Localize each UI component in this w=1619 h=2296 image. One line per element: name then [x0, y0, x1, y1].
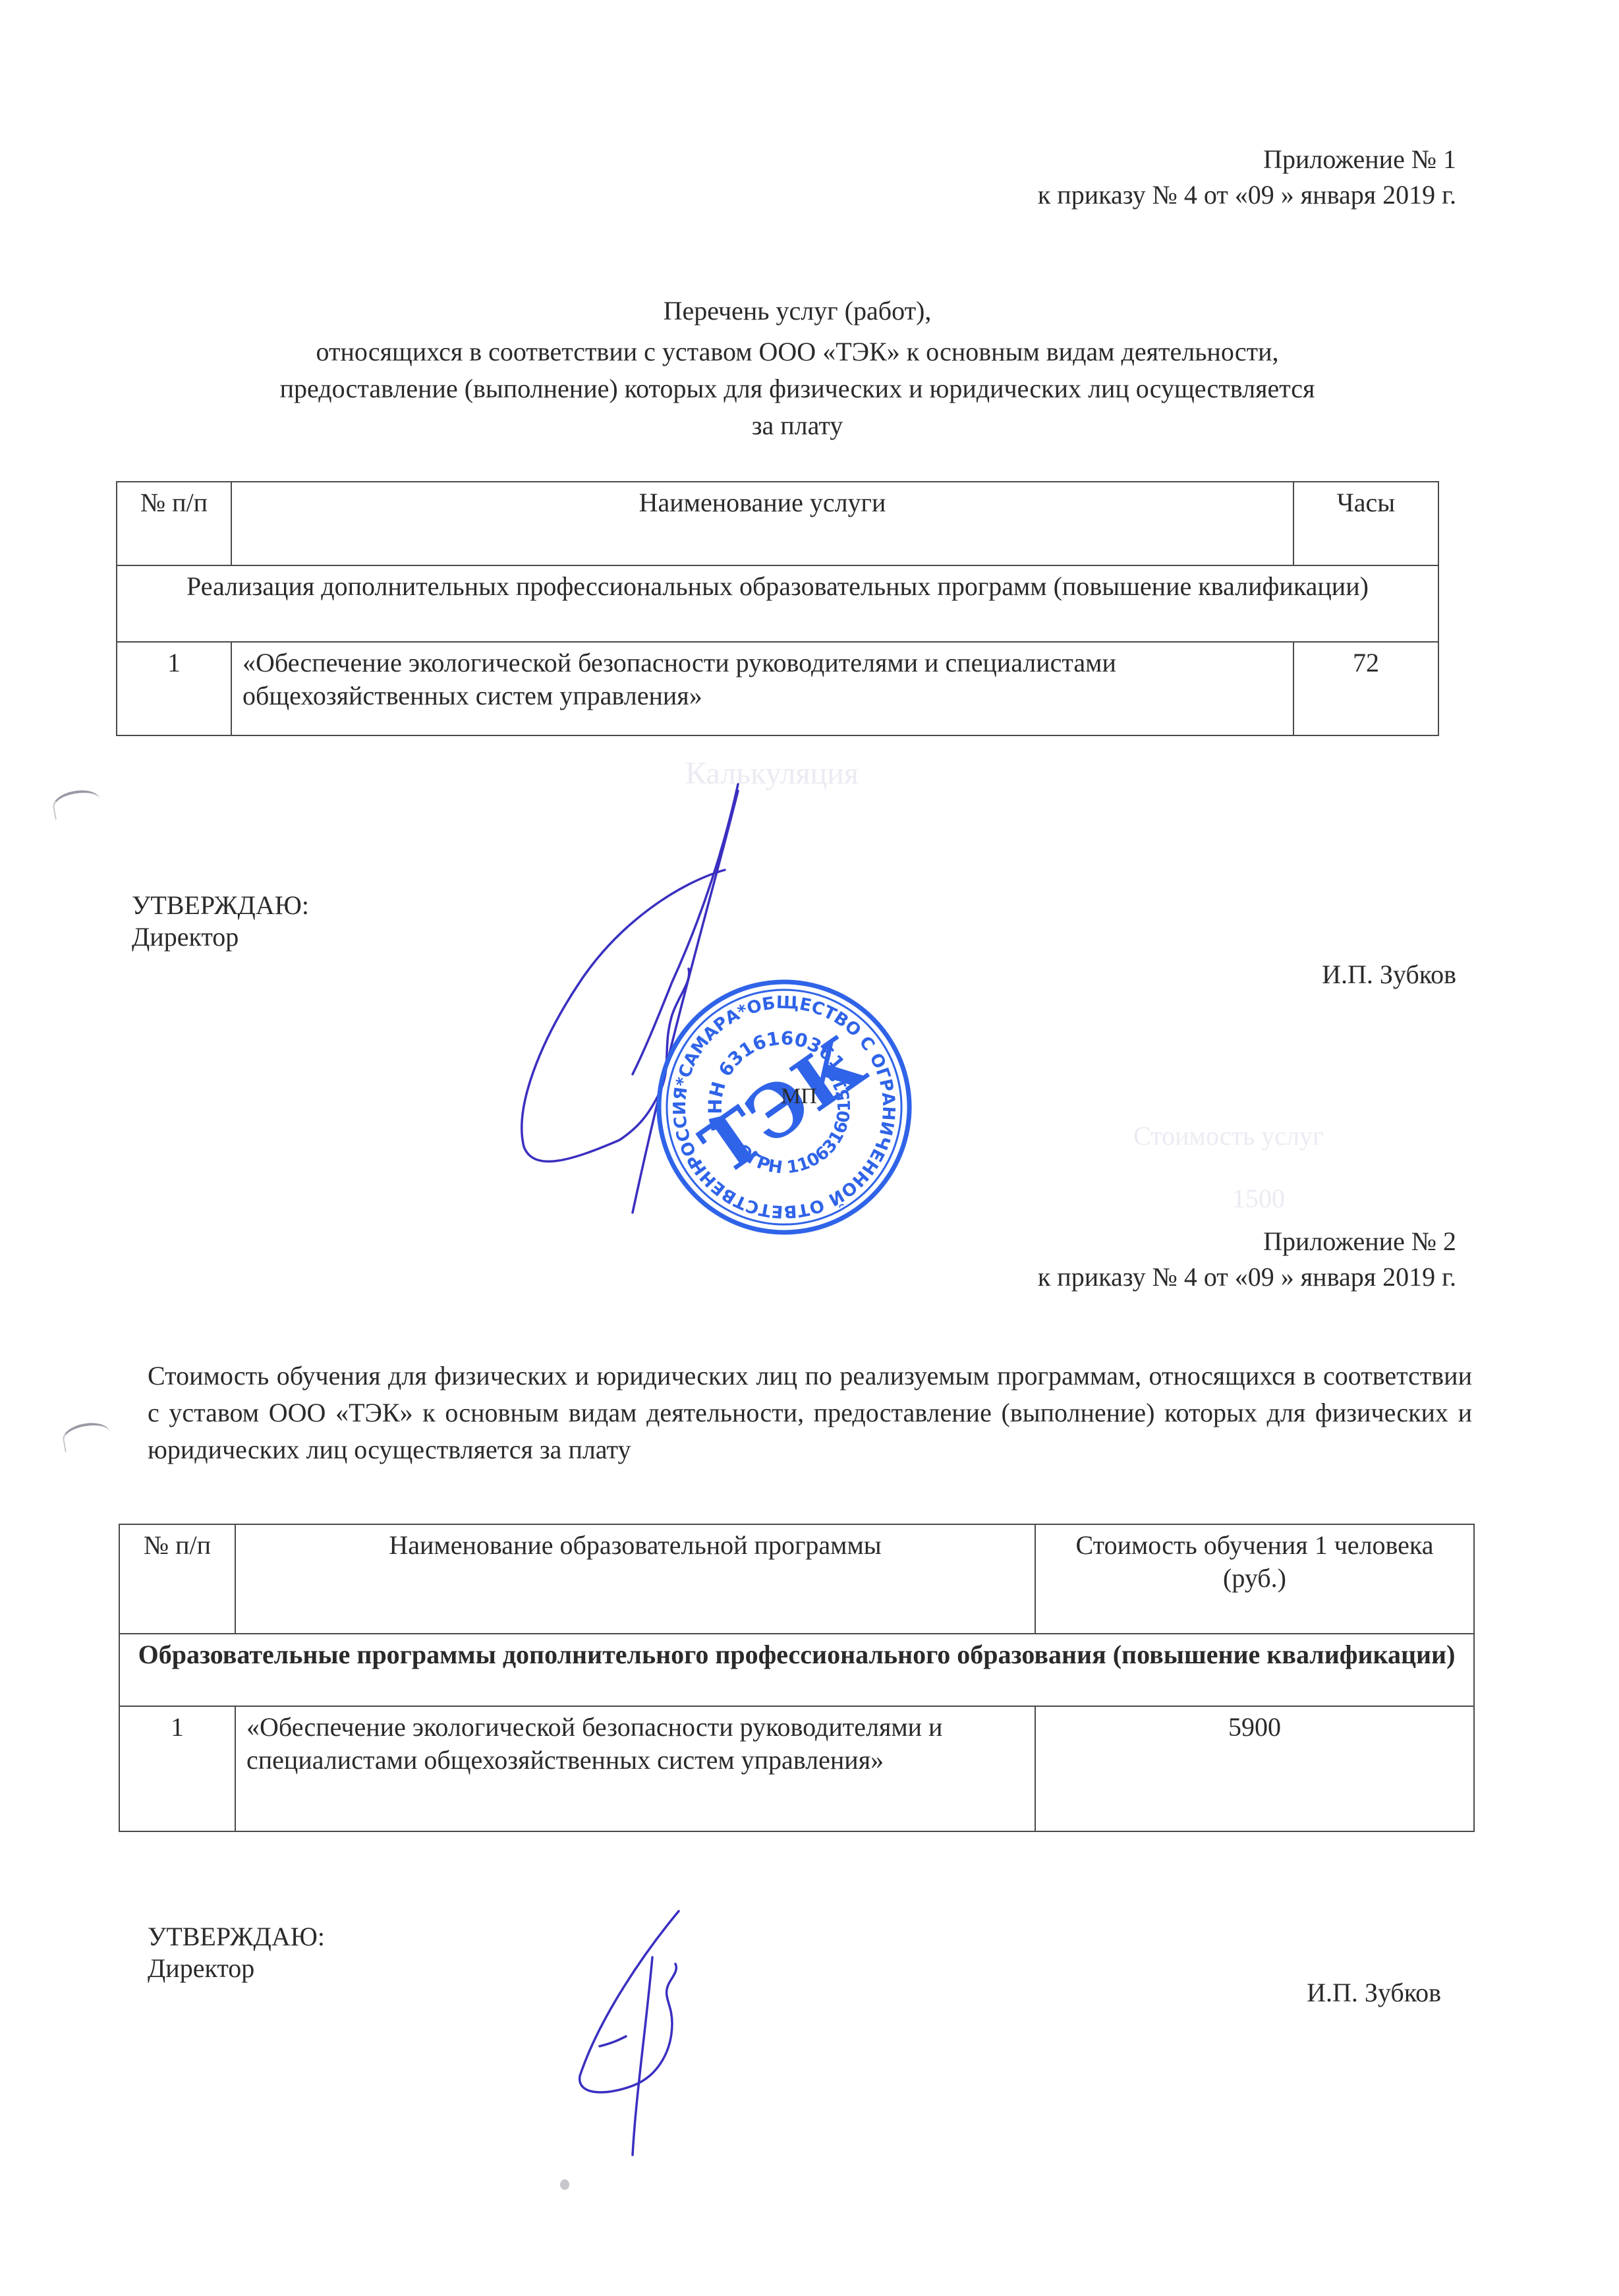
table-row: 1 «Обеспечение экологической безопасност… [119, 1706, 1474, 1831]
header-price: Стоимость обучения 1 человека (руб.) [1035, 1524, 1474, 1634]
table-section-row: Образовательные программы дополнительног… [119, 1634, 1474, 1706]
header-hours: Часы [1293, 482, 1438, 565]
table-section-row: Реализация дополнительных профессиональн… [117, 565, 1438, 642]
row-program-name: «Обеспечение экологической безопасности … [235, 1706, 1035, 1831]
approval2-position: Директор [148, 1953, 254, 1984]
row-number: 1 [119, 1706, 235, 1831]
section-title: Реализация дополнительных профессиональн… [117, 565, 1438, 642]
services-table: № п/п Наименование услуги Часы Реализаци… [116, 481, 1439, 736]
approval1-label: УТВЕРЖДАЮ: [132, 890, 309, 921]
appendix1-heading-line3: предоставление (выполнение) которых для … [119, 373, 1476, 405]
signature-icon [514, 1898, 745, 2162]
row-price: 5900 [1035, 1706, 1474, 1831]
appendix1-order-ref: к приказу № 4 от «09 » января 2019 г. [666, 179, 1456, 211]
appendix1-title: Приложение № 1 [863, 144, 1456, 175]
punch-hole-mark [51, 787, 102, 820]
scan-speck [560, 2179, 569, 2190]
header-number: № п/п [119, 1524, 235, 1634]
punch-hole-mark [61, 1420, 112, 1452]
row-number: 1 [117, 642, 231, 735]
header-program-name: Наименование образовательной программы [235, 1524, 1035, 1634]
appendix2-order-ref: к приказу № 4 от «09 » января 2019 г. [666, 1261, 1456, 1293]
approval1-position: Директор [132, 921, 239, 953]
appendix1-heading-line2: относящихся в соответствии с уставом ООО… [119, 336, 1476, 368]
row-hours: 72 [1293, 642, 1438, 735]
row-service-name: «Обеспечение экологической безопасности … [231, 642, 1293, 735]
header-service-name: Наименование услуги [231, 482, 1293, 565]
appendix1-heading-line1: Перечень услуг (работ), [119, 295, 1476, 327]
appendix2-title: Приложение № 2 [863, 1226, 1456, 1257]
table-header-row: № п/п Наименование образовательной прогр… [119, 1524, 1474, 1634]
appendix1-heading-line4: за плату [119, 410, 1476, 442]
appendix2-intro: Стоимость обучения для физических и юрид… [148, 1358, 1472, 1468]
seal-mark-label: МП [781, 1081, 817, 1112]
table-header-row: № п/п Наименование услуги Часы [117, 482, 1438, 565]
header-number: № п/п [117, 482, 231, 565]
table-row: 1 «Обеспечение экологической безопасност… [117, 642, 1438, 735]
section-title: Образовательные программы дополнительног… [119, 1634, 1474, 1706]
approval2-label: УТВЕРЖДАЮ: [148, 1921, 325, 1953]
approval1-signatory: И.П. Зубков [1127, 959, 1456, 990]
approval2-signatory: И.П. Зубков [1112, 1977, 1441, 2009]
pricing-table: № п/п Наименование образовательной прогр… [119, 1524, 1475, 1832]
bleed-through-header: Стоимость услуг [1133, 1120, 1323, 1152]
bleed-through-value: 1500 [1232, 1183, 1285, 1215]
